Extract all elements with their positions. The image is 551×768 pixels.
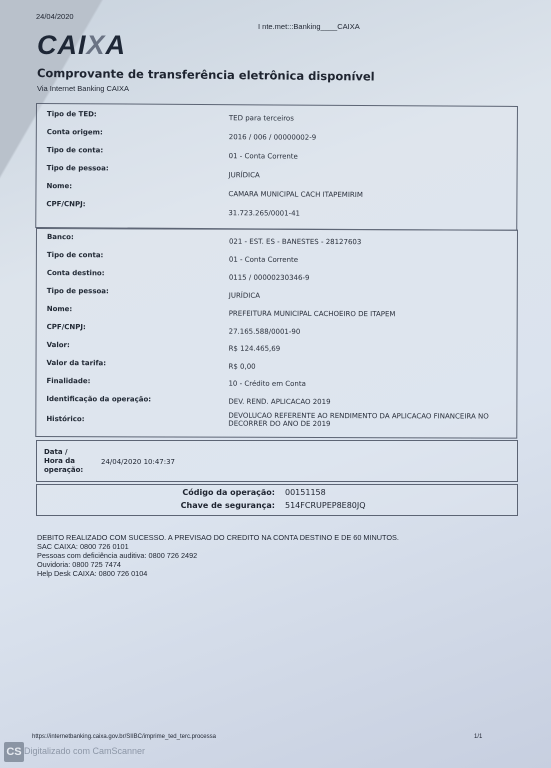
caixa-logo: CAIXA <box>37 30 126 61</box>
origin-row: CPF/CNPJ:31.723.265/0001-41 <box>36 200 516 203</box>
datetime-value: 24/04/2020 10:47:37 <box>101 458 175 466</box>
destination-row: Identificação da operação:DEV. REND. APL… <box>36 395 516 397</box>
document-subtitle: Via Internet Banking CAIXA <box>37 84 129 93</box>
print-date: 24/04/2020 <box>36 12 74 21</box>
field-label: Nome: <box>46 182 72 190</box>
field-label: Identificação da operação: <box>46 395 151 403</box>
field-value: 0115 / 00000230346-9 <box>229 274 310 282</box>
destination-row: Valor da tarifa:R$ 0,00 <box>37 359 517 361</box>
field-value: 01 - Conta Corrente <box>229 256 298 264</box>
origin-row: Nome:CAMARA MUNICIPAL CACH ITAPEMIRIM <box>37 182 517 185</box>
security-key-value: 514FCRUPEP8E80JQ <box>285 501 366 510</box>
origin-row: Conta origem:2016 / 006 / 00000002-9 <box>37 128 517 131</box>
origin-account-section: Tipo de TED:TED para terceiros Conta ori… <box>35 103 518 231</box>
datetime-label-line: Hora da <box>44 457 75 465</box>
logo-text-end: A <box>106 30 127 60</box>
operation-code-label: Código da operação: <box>87 488 275 497</box>
destination-row: CPF/CNPJ:27.165.588/0001-90 <box>37 323 517 325</box>
field-value: PREFEITURA MUNICIPAL CACHOEIRO DE ITAPEM <box>229 310 396 319</box>
field-value: 31.723.265/0001-41 <box>228 209 300 217</box>
success-message: DEBITO REALIZADO COM SUCESSO. A PREVISAO… <box>37 533 399 542</box>
field-label: Valor da tarifa: <box>47 359 107 367</box>
datetime-label-line: Data / <box>44 448 68 456</box>
footer-url: https://internetbanking.caixa.gov.br/SII… <box>32 734 216 740</box>
document-title: Comprovante de transferência eletrônica … <box>37 66 375 84</box>
notes-section: DEBITO REALIZADO COM SUCESSO. A PREVISAO… <box>37 533 399 578</box>
field-label: Tipo de conta: <box>47 251 103 259</box>
datetime-label: Data /Hora daoperação: <box>44 448 83 475</box>
field-value: JURÍDICA <box>229 292 260 300</box>
origin-row: Tipo de pessoa:JURÍDICA <box>37 164 517 167</box>
help-desk-phone: Help Desk CAIXA: 0800 726 0104 <box>37 569 399 578</box>
destination-row: Nome:PREFEITURA MUNICIPAL CACHOEIRO DE I… <box>37 305 517 307</box>
field-label: CPF/CNPJ: <box>47 323 86 331</box>
logo-text-main: CAI <box>37 30 87 60</box>
field-label: Tipo de TED: <box>47 110 97 118</box>
field-label: Banco: <box>47 233 74 241</box>
destination-row: Tipo de pessoa:JURÍDICA <box>37 287 517 289</box>
ombudsman-phone: Ouvidoria: 0800 725 7474 <box>37 560 399 569</box>
sac-phone: SAC CAIXA: 0800 726 0101 <box>37 542 399 551</box>
destination-row: Histórico: DEVOLUCAO REFERENTE AO RENDIM… <box>36 415 516 417</box>
field-value: CAMARA MUNICIPAL CACH ITAPEMIRIM <box>228 190 362 199</box>
print-title: I nte.met:::Banking____CAIXA <box>258 22 360 31</box>
field-value: 27.165.588/0001-90 <box>229 328 301 336</box>
field-value: R$ 0,00 <box>229 363 256 371</box>
security-key-row: Chave de segurança: 514FCRUPEP8E80JQ <box>37 501 517 513</box>
destination-row: Tipo de conta:01 - Conta Corrente <box>37 251 517 253</box>
field-label: Nome: <box>47 305 73 313</box>
logo-text-accent: X <box>87 30 106 60</box>
field-label: Histórico: <box>46 415 84 423</box>
destination-row: Finalidade:10 - Crédito em Conta <box>36 377 516 379</box>
page-number: 1/1 <box>474 734 482 740</box>
field-value: DEV. REND. APLICACAO 2019 <box>228 398 330 406</box>
scanner-watermark: Digitalizado com CamScanner <box>24 746 145 756</box>
field-value: TED para terceiros <box>229 114 294 122</box>
field-label: Conta origem: <box>47 128 103 136</box>
security-key-label: Chave de segurança: <box>87 501 275 510</box>
field-label: Tipo de conta: <box>47 146 103 154</box>
destination-row: Conta destino:0115 / 00000230346-9 <box>37 269 517 271</box>
field-label: CPF/CNPJ: <box>46 200 85 208</box>
history-line-2: DECORRER DO ANO DE 2019 <box>228 420 330 428</box>
field-label: Valor: <box>47 341 70 349</box>
operation-code-section: Código da operação: 00151158 Chave de se… <box>36 484 518 516</box>
operation-code-row: Código da operação: 00151158 <box>37 488 517 500</box>
field-value: 10 - Crédito em Conta <box>228 380 305 388</box>
field-label: Tipo de pessoa: <box>47 287 109 295</box>
field-label: Finalidade: <box>46 377 90 385</box>
field-value: 01 - Conta Corrente <box>229 152 298 160</box>
camscanner-logo-icon: CS <box>4 742 24 762</box>
destination-row: Valor:R$ 124.465,69 <box>37 341 517 343</box>
origin-row: Tipo de conta:01 - Conta Corrente <box>37 146 517 149</box>
field-value: 2016 / 006 / 00000002-9 <box>229 133 316 142</box>
operation-code-value: 00151158 <box>285 488 326 497</box>
field-value: 021 - EST. ES - BANESTES - 28127603 <box>229 238 361 246</box>
hearing-impaired-phone: Pessoas com deficiência auditiva: 0800 7… <box>37 551 399 560</box>
field-value: JURÍDICA <box>229 171 260 179</box>
field-label: Tipo de pessoa: <box>47 164 109 172</box>
transfer-amount: R$ 124.465,69 <box>229 345 281 353</box>
field-label: Conta destino: <box>47 269 105 277</box>
field-value: DEVOLUCAO REFERENTE AO RENDIMENTO DA APL… <box>228 412 488 429</box>
origin-row: Tipo de TED:TED para terceiros <box>37 110 517 113</box>
datetime-section: Data /Hora daoperação: 24/04/2020 10:47:… <box>36 440 518 482</box>
destination-row: Banco:021 - EST. ES - BANESTES - 2812760… <box>37 233 517 235</box>
datetime-label-line: operação: <box>44 466 83 474</box>
destination-account-section: Banco:021 - EST. ES - BANESTES - 2812760… <box>35 228 518 439</box>
